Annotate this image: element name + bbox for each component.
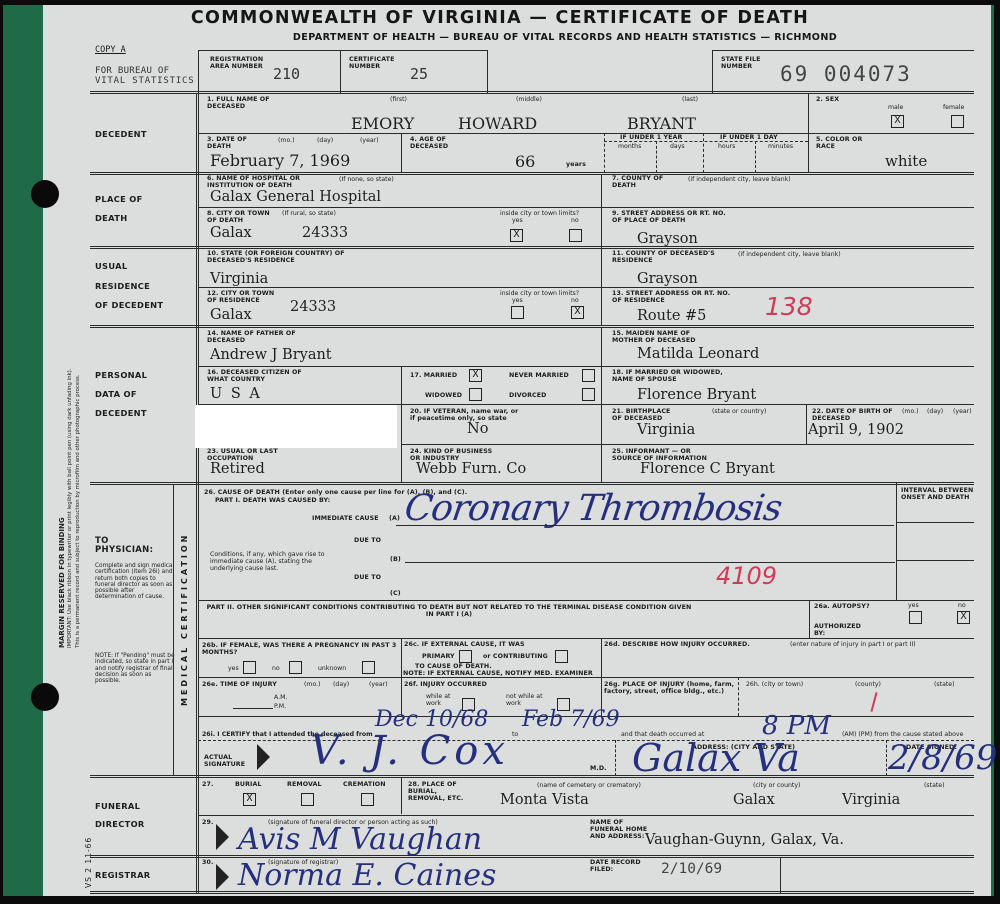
- due-to-label: DUE TO: [354, 574, 381, 581]
- day-hint: (day): [317, 137, 333, 144]
- day-hint: (day): [333, 681, 349, 688]
- field-26d-hint: (enter nature of injury in part I or par…: [790, 641, 916, 648]
- field-13-label: 13. STREET ADDRESS OR RT. NO. OF RESIDEN…: [612, 290, 732, 304]
- authorized-by-label: AUTHORIZED BY:: [814, 623, 854, 637]
- mo-hint: (mo.): [278, 137, 295, 144]
- state-file-label: STATE FILE NUMBER: [721, 56, 771, 70]
- scan-border-top: [0, 0, 1000, 5]
- field-15-label: 15. MAIDEN NAME OF MOTHER OF DECEASED: [612, 330, 702, 344]
- field-12-label: 12. CITY OR TOWN OF RESIDENCE: [207, 290, 277, 304]
- field-17-label: 17. MARRIED: [410, 372, 457, 379]
- medical-certification-label: MEDICAL CERTIFICATION: [180, 533, 189, 706]
- section-of-decedent: OF DECEDENT: [95, 300, 163, 310]
- birthplace-value: Virginia: [637, 422, 695, 438]
- field-27-label: 27.: [202, 781, 213, 788]
- months-hint: months: [618, 143, 641, 150]
- death-certificate: COMMONWEALTH OF VIRGINIA — CERTIFICATE O…: [0, 0, 1000, 904]
- years-unit: years: [566, 161, 586, 168]
- pregnancy-unknown-label: unknown: [318, 665, 346, 672]
- punch-hole: [31, 180, 59, 208]
- zip-of-death-value: 24333: [302, 225, 348, 241]
- autopsy-yes-checkbox[interactable]: [909, 611, 922, 624]
- section-funeral: FUNERAL: [95, 801, 140, 811]
- pm-label: P.M.: [274, 703, 286, 710]
- autopsy-yes-label: yes: [908, 602, 919, 609]
- field-26e-label: 26e. TIME OF INJURY: [202, 681, 277, 688]
- veteran-value: No: [467, 421, 488, 437]
- field-25-label: 25. INFORMANT — OR SOURCE OF INFORMATION: [612, 448, 722, 462]
- last-hint: (last): [682, 96, 698, 103]
- yes-label: yes: [512, 217, 523, 224]
- contributing-checkbox[interactable]: [555, 650, 568, 663]
- section-death: DEATH: [95, 213, 127, 223]
- first-name-value: EMORY: [351, 114, 414, 133]
- registration-area-value: 210: [273, 65, 300, 83]
- cemetery-value: Monta Vista: [500, 792, 589, 808]
- field-22-label: 22. DATE OF BIRTH OF DECEASED: [812, 408, 902, 422]
- red-annotation-4109: 4109: [716, 562, 777, 590]
- binding-strip: [3, 5, 43, 896]
- field-26d-label: 26d. DESCRIBE HOW INJURY OCCURRED.: [604, 641, 750, 648]
- state-of-residence-value: Virginia: [210, 271, 268, 287]
- field-1-label: 1. FULL NAME OF DECEASED: [207, 96, 287, 110]
- state-hint: (state): [934, 681, 955, 688]
- md-label: M.D.: [590, 765, 607, 772]
- widowed-checkbox[interactable]: [469, 388, 482, 401]
- primary-label: PRIMARY: [422, 653, 455, 660]
- part2-label: PART II. OTHER SIGNIFICANT CONDITIONS CO…: [204, 604, 694, 618]
- age-value: 66: [515, 152, 535, 171]
- no-label: no: [571, 297, 579, 304]
- field-18-label: 18. IF MARRIED OR WIDOWED, NAME OF SPOUS…: [612, 369, 732, 383]
- for-bureau-label: FOR BUREAU OF: [95, 66, 169, 76]
- middle-hint: (middle): [516, 96, 542, 103]
- copy-label: COPY A: [95, 45, 126, 55]
- margin-permanent-text: This is a permanent record and subject t…: [75, 374, 81, 648]
- field-24-label: 24. KIND OF BUSINESS OR INDUSTRY: [410, 448, 500, 462]
- date-of-birth-value: April 9, 1902: [808, 422, 904, 438]
- cremation-label: CREMATION: [343, 781, 386, 788]
- under-year-label: IF UNDER 1 YEAR: [620, 134, 682, 141]
- widowed-label: WIDOWED: [425, 392, 462, 399]
- certificate-number-value: 25: [410, 65, 428, 83]
- while-at-work-label: while at work: [426, 693, 461, 707]
- year-hint: (year): [953, 408, 972, 415]
- never-married-checkbox[interactable]: [582, 369, 595, 382]
- last-name-value: BRYANT: [627, 114, 696, 133]
- residence-inside-limits-no-checkbox[interactable]: X: [571, 306, 584, 319]
- immediate-cause-label: IMMEDIATE CAUSE: [312, 515, 379, 522]
- field-6-hint: (If none, so state): [339, 176, 394, 183]
- city-of-death-value: Galax: [210, 225, 252, 241]
- date-filed-label: DATE RECORD FILED:: [590, 859, 650, 873]
- field-11-hint: (if independent city, leave blank): [738, 251, 841, 258]
- limits-question: inside city or town limits?: [500, 210, 579, 217]
- signature-arrow-icon: [257, 744, 270, 770]
- contributing-label: or CONTRIBUTING: [483, 653, 548, 660]
- female-label: female: [943, 104, 964, 111]
- burial-state-value: Virginia: [842, 792, 900, 808]
- cause-c-marker: (C): [390, 590, 401, 597]
- removal-label: REMOVAL: [287, 781, 322, 788]
- field-26f-label: 26f. INJURY OCCURRED: [404, 681, 487, 688]
- burial-checkbox[interactable]: X: [243, 793, 256, 806]
- yes-label: yes: [512, 297, 523, 304]
- part1-label: PART I. DEATH WAS CAUSED BY:: [215, 497, 330, 504]
- field-26b-label: 26b. IF FEMALE, WAS THERE A PREGNANCY IN…: [202, 642, 402, 656]
- actual-signature-label: ACTUAL SIGNATURE: [204, 754, 244, 768]
- section-personal: PERSONAL: [95, 370, 147, 380]
- conditions-note: Conditions, if any, which gave rise to i…: [210, 551, 335, 572]
- red-annotation-138: 138: [765, 292, 813, 321]
- field-26c-label: 26c. IF EXTERNAL CAUSE, IT WAS: [404, 641, 525, 648]
- funeral-home-label: NAME OF FUNERAL HOME AND ADDRESS:: [590, 819, 650, 840]
- year-hint: (year): [369, 681, 388, 688]
- pending-note: NOTE: If "Pending" must be indicated, so…: [95, 653, 177, 684]
- state-file-value: 69 004073: [780, 62, 912, 86]
- divorced-checkbox[interactable]: [582, 388, 595, 401]
- field-20-label: 20. IF VETERAN, name war, or if peacetim…: [410, 408, 520, 422]
- mother-name-value: Matilda Leonard: [637, 346, 759, 362]
- autopsy-no-label: no: [958, 602, 966, 609]
- section-decedent-2: DECEDENT: [95, 408, 147, 418]
- funeral-director-signature[interactable]: Avis M Vaughan: [238, 822, 482, 857]
- due-to-label: DUE TO: [354, 537, 381, 544]
- pregnancy-yes-checkbox[interactable]: [243, 661, 256, 674]
- form-code: VS 2 11-66: [84, 837, 93, 888]
- punch-hole: [31, 683, 59, 711]
- citizenship-value: U S A: [210, 386, 262, 402]
- city-of-residence-value: Galax: [210, 307, 252, 323]
- interval-label: INTERVAL BETWEEN ONSET AND DEATH: [901, 487, 981, 501]
- married-checkbox[interactable]: X: [469, 369, 482, 382]
- hours-hint: hours: [718, 143, 735, 150]
- section-registrar: REGISTRAR: [95, 870, 151, 880]
- attended-to-handwriting: Feb 7/69: [522, 707, 620, 732]
- field-7-label: 7. COUNTY OF DEATH: [612, 175, 672, 189]
- field-5-label: 5. COLOR OR RACE: [816, 136, 866, 150]
- funeral-home-value: Vaughan-Guynn, Galax, Va.: [645, 832, 844, 848]
- field-6-label: 6. NAME OF HOSPITAL OR INSTITUTION OF DE…: [207, 175, 317, 189]
- certificate-title: COMMONWEALTH OF VIRGINIA — CERTIFICATE O…: [0, 8, 1000, 28]
- cause-a-marker: (A): [389, 515, 400, 522]
- cemetery-hint: (name of cemetery or crematory): [537, 782, 641, 789]
- scan-border-left: [0, 0, 3, 904]
- year-hint: (year): [360, 137, 379, 144]
- certificate-subtitle: DEPARTMENT OF HEALTH — BUREAU OF VITAL R…: [0, 32, 1000, 43]
- external-cause-note: NOTE: IF EXTERNAL CAUSE, NOTIFY MED. EXA…: [403, 670, 593, 677]
- street-of-residence-value: Route #5: [637, 308, 706, 324]
- race-value: white: [885, 152, 927, 170]
- removal-checkbox[interactable]: [301, 793, 314, 806]
- date-of-death-value: February 7, 1969: [210, 151, 350, 170]
- redacted-field-19: [195, 405, 397, 448]
- field-30-label: 30.: [202, 859, 213, 866]
- field-3-label: 3. DATE OF DEATH: [207, 136, 257, 150]
- spouse-name-value: Florence Bryant: [637, 387, 756, 403]
- physician-signature[interactable]: V. J. Cox: [310, 728, 509, 774]
- field-8-label: 8. CITY OR TOWN OF DEATH: [207, 210, 277, 224]
- field-21-hint: (state or country): [712, 408, 766, 415]
- residence-inside-limits-yes-checkbox[interactable]: [511, 306, 524, 319]
- date-filed-value: 2/10/69: [661, 861, 722, 877]
- informant-value: Florence C Bryant: [640, 461, 775, 477]
- county-of-residence-value: Grayson: [637, 271, 698, 287]
- burial-label: BURIAL: [235, 781, 262, 788]
- section-decedent: DECEDENT: [95, 129, 147, 139]
- first-hint: (first): [390, 96, 407, 103]
- physician-instructions: Complete and sign medical certification …: [95, 563, 177, 601]
- am-label: A.M.: [274, 694, 287, 701]
- city-county-hint: (city or county): [753, 782, 800, 789]
- field-26g-label: 26g. PLACE OF INJURY (home, farm, factor…: [604, 681, 744, 695]
- section-director: DIRECTOR: [95, 819, 145, 829]
- never-married-label: NEVER MARRIED: [509, 372, 569, 379]
- business-value: Webb Furn. Co: [416, 461, 526, 477]
- field-7-hint: (if independent city, leave blank): [688, 176, 791, 183]
- middle-name-value: HOWARD: [458, 114, 537, 133]
- pregnancy-no-checkbox[interactable]: [289, 661, 302, 674]
- pregnancy-unknown-checkbox[interactable]: [362, 661, 375, 674]
- pregnancy-no-label: no: [272, 665, 280, 672]
- scan-border-bottom: [0, 896, 1000, 904]
- burial-city-value: Galax: [733, 792, 775, 808]
- minutes-hint: minutes: [768, 143, 793, 150]
- field-2-label: 2. SEX: [816, 96, 839, 103]
- registration-area-label: REGISTRATION AREA NUMBER: [210, 56, 280, 70]
- death-inside-limits-yes-checkbox[interactable]: X: [510, 229, 523, 242]
- section-data-of: DATA OF: [95, 389, 137, 399]
- registrar-signature[interactable]: Norma E. Caines: [238, 858, 496, 893]
- field-28-label: 28. PLACE OF BURIAL, REMOVAL, ETC.: [408, 781, 468, 802]
- am-pm-label: (AM) (PM) from the cause stated above: [842, 731, 963, 738]
- section-residence: RESIDENCE: [95, 281, 150, 291]
- limits-question: inside city or town limits?: [500, 290, 579, 297]
- field-29-label: 29.: [202, 819, 213, 826]
- days-hint: days: [670, 143, 685, 150]
- sex-female-checkbox[interactable]: [951, 115, 964, 128]
- occupation-value: Retired: [210, 461, 265, 477]
- date-signed-handwriting: 2/8/69: [888, 738, 997, 778]
- field-26h-label: 26h. (city or town): [746, 681, 803, 688]
- field-11-label: 11. COUNTY OF DECEASED'S RESIDENCE: [612, 250, 732, 264]
- red-mark: [870, 692, 877, 712]
- no-label: no: [571, 217, 579, 224]
- cause-a-handwriting: Coronary Thrombosis: [402, 488, 784, 529]
- section-usual: USUAL: [95, 261, 127, 271]
- place-of-death-street-value: Grayson: [637, 231, 698, 247]
- cremation-checkbox[interactable]: [361, 793, 374, 806]
- certificate-number-label: CERTIFICATE NUMBER: [349, 56, 399, 70]
- margin-important-text: IMPORTANT: Use black ribbon in typewrite…: [67, 369, 73, 648]
- vital-statistics-label: VITAL STATISTICS: [95, 76, 195, 86]
- field-9-label: 9. STREET ADDRESS OR RT. NO. OF PLACE OF…: [612, 210, 732, 224]
- county-hint: (county): [855, 681, 881, 688]
- margin-binding-text: MARGIN RESERVED FOR BINDING: [58, 517, 66, 648]
- field-10-label: 10. STATE (OR FOREIGN COUNTRY) OF DECEAS…: [207, 250, 367, 264]
- signature-arrow-icon: [216, 824, 229, 850]
- state-hint: (state): [924, 782, 945, 789]
- physician-address-handwriting: Galax Va: [632, 736, 800, 780]
- mo-hint: (mo.): [304, 681, 321, 688]
- sex-male-checkbox[interactable]: X: [891, 115, 904, 128]
- field-23-label: 23. USUAL OR LAST OCCUPATION: [207, 448, 297, 462]
- death-inside-limits-no-checkbox[interactable]: [569, 229, 582, 242]
- hospital-value: Galax General Hospital: [210, 189, 381, 205]
- to-cause-label: TO CAUSE OF DEATH.: [415, 663, 492, 670]
- divorced-label: DIVORCED: [509, 392, 546, 399]
- section-physician: PHYSICIAN:: [95, 545, 153, 555]
- under-day-label: IF UNDER 1 DAY: [720, 134, 778, 141]
- field-16-label: 16. DECEASED CITIZEN OF WHAT COUNTRY: [207, 369, 317, 383]
- male-label: male: [888, 104, 903, 111]
- section-place-of-death: PLACE OF: [95, 194, 143, 204]
- field-21-label: 21. BIRTHPLACE OF DECEASED: [612, 408, 682, 422]
- field-8-hint: (If rural, so state): [282, 210, 336, 217]
- field-26a-label: 26a. AUTOPSY?: [814, 603, 870, 610]
- day-hint: (day): [927, 408, 943, 415]
- autopsy-no-checkbox[interactable]: X: [957, 611, 970, 624]
- signature-arrow-icon: [216, 864, 229, 890]
- field-4-label: 4. AGE OF DECEASED: [410, 136, 470, 150]
- cause-b-marker: (B): [390, 556, 401, 563]
- mo-hint: (mo.): [902, 408, 919, 415]
- to-label: to: [512, 731, 518, 738]
- field-14-label: 14. NAME OF FATHER OF DECEASED: [207, 330, 297, 344]
- not-while-at-work-label: not while at work: [506, 693, 548, 707]
- primary-checkbox[interactable]: [459, 650, 472, 663]
- zip-of-residence-value: 24333: [290, 299, 336, 315]
- father-name-value: Andrew J Bryant: [210, 347, 332, 363]
- pregnancy-yes-label: yes: [228, 665, 239, 672]
